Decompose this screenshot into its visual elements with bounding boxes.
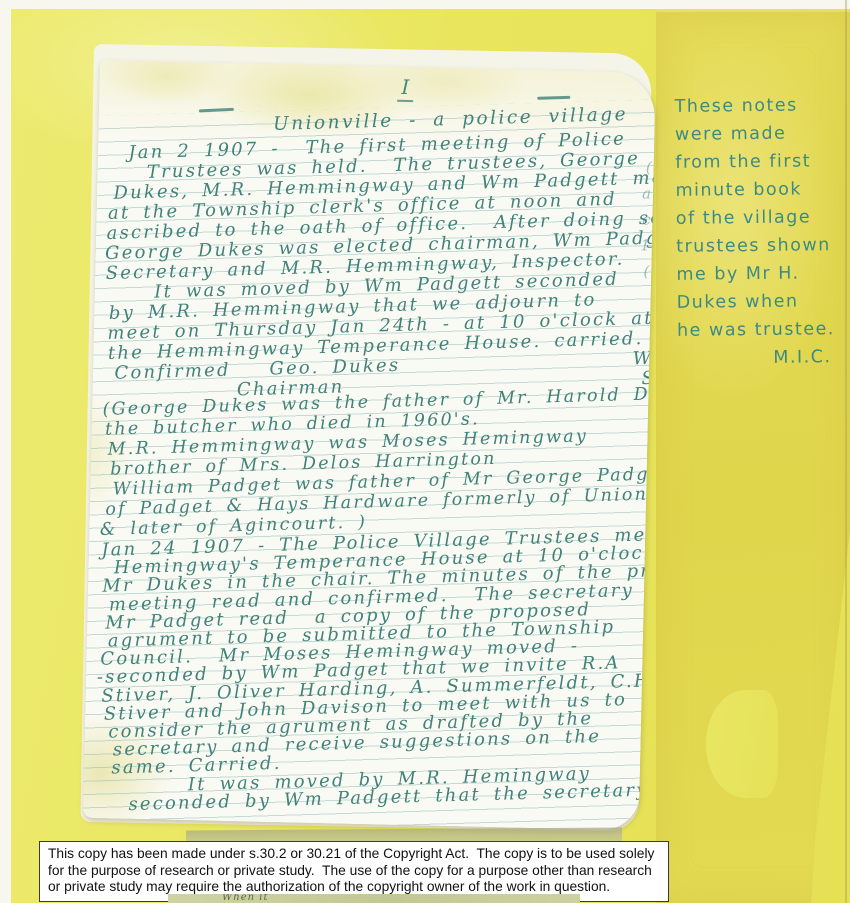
margin-note-lines: These noteswere madefrom the firstminute… — [675, 91, 836, 345]
edge-ink-marks: (ac1( — [631, 154, 652, 284]
margin-note-line: minute book — [675, 175, 833, 205]
edge-ink-glyph: 1 — [632, 232, 651, 258]
fragment-text: When it — [222, 894, 580, 903]
margin-note-line: Dukes when — [677, 287, 835, 317]
dash-mark-right — [537, 96, 570, 99]
margin-note: These noteswere madefrom the firstminute… — [675, 91, 836, 373]
copyright-lines: This copy has been made under s.30.2 or … — [48, 846, 660, 896]
bottom-page-fragment: When it — [168, 894, 580, 903]
margin-note-line: were made — [675, 119, 833, 149]
page-crease-line — [845, 0, 847, 903]
edge-ink-glyph: c — [632, 206, 651, 232]
copyright-line: for the purpose of research or private s… — [48, 863, 660, 880]
page-number-roman: I — [397, 75, 414, 102]
margin-note-line: he was trustee. — [677, 315, 835, 345]
margin-note-line: trustees shown — [676, 231, 834, 261]
margin-note-line: These notes — [675, 91, 833, 121]
page-edge-notch — [706, 690, 778, 798]
copyright-notice: This copy has been made under s.30.2 or … — [39, 841, 669, 902]
copyright-line: This copy has been made under s.30.2 or … — [48, 846, 660, 863]
margin-note-line: of the village — [676, 203, 834, 233]
paragraph-jan-24-1907: Jan 24 1907 - The Police Village Trustee… — [93, 524, 656, 814]
notebook-page: I Unionville - a police village Jan 2 19… — [83, 60, 656, 830]
edge-ink-glyph: ( — [631, 258, 650, 284]
paragraph-annotation: (George Dukes was the father of Mr. Haro… — [96, 383, 656, 540]
margin-note-line: from the first — [675, 147, 833, 177]
paragraph-jan-2-1907: Jan 2 1907 - The first meeting of Police… — [102, 126, 656, 404]
margin-note-line: me by Mr H. — [676, 259, 834, 289]
margin-note-initials: M.I.C. — [773, 343, 835, 372]
edge-ink-glyph: a — [633, 180, 652, 206]
edge-ink-glyph: ( — [633, 154, 652, 180]
